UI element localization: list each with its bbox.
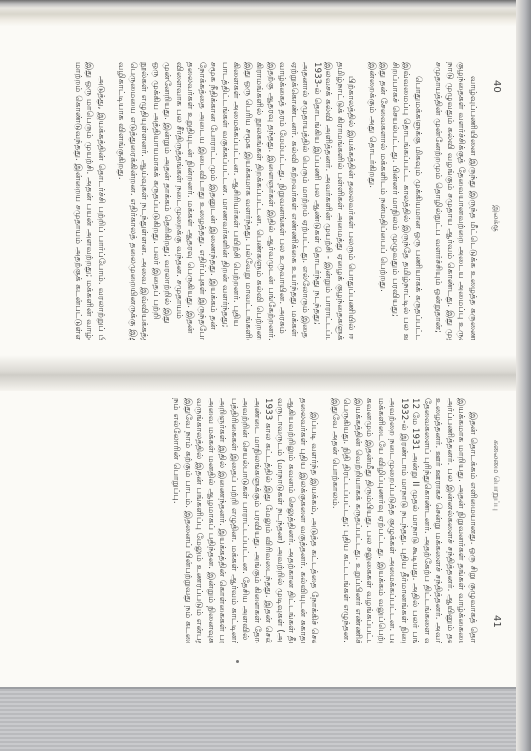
text-line: பாடத்திட்டங்கள் வகுக்கப்பட்டன. மாணவர்களி… [219, 62, 231, 340]
text-line: கவனமும் இதன்மீது திரும்பியது. பல சலுகைகள… [363, 398, 375, 643]
text-line: நாடு முழுவதும் கல்வி வழங்கும் சமுதாய ஆர்… [444, 62, 456, 340]
text-line: அர்ப்பணித்தனர். பல இன்னல்களைச் சந்தித்தன… [444, 398, 456, 643]
text-line: இயக்கத்தின் வெற்றியாகக் கருதப்பட்டது. உற… [352, 398, 364, 643]
text-line: தலைவர்கள் புதிய இலக்குகளை வகுத்தனர். கல்… [297, 398, 309, 643]
running-head-bottom: கலைமை பொறுப்பு [491, 440, 501, 511]
text-line: அவற்றை நடைமுறைப்படுத்த குழுக்கள் அமைக்கப… [386, 398, 398, 643]
text-line: ஆகியவற்றிலும் கவனம் செலுத்தினர். அதற்கான… [285, 398, 297, 643]
running-head-top: இலக்கு [491, 205, 501, 232]
text-line: 1933-ல் தொடங்கிய இப்பணி பல ஆண்டுகள் தொடர… [311, 62, 323, 340]
text-line: அவை மக்கள் மனதில் ஆழமாகப் பதிந்தன. இன்று… [205, 398, 217, 643]
text-line: வருங்காலத்தில் இதன் பங்களிப்பு மேலும் உண… [193, 398, 205, 643]
text-line: வழிகாட்டியாக விளங்குகிறது. [115, 62, 127, 340]
text-line: வாழ்வுப்பணியினை இருந்து இருந்த மீட்டெடுக… [467, 62, 479, 340]
scanner-top-edge [0, 0, 531, 26]
text-line: அவற்றின் செயல்பாடுகள் பாராட்டப்பட்டன. தே… [239, 398, 251, 643]
paragraph: இதன் தொடக்கம் எளிமையானது. ஒரு சிறு குழுவ… [329, 398, 479, 643]
text-line: நூல்கள் எழுதியுள்ளனர். ஆய்வுகள் நடந்துள்… [138, 62, 150, 340]
scan-speck [236, 660, 239, 663]
text-line: பெருகியது. நிதி திரட்டப்பட்டது; புதிய கட… [340, 398, 352, 643]
text-line: விளைவாக பல சீர்திருத்தங்கள் நடைமுறைக்கு … [173, 62, 185, 340]
text-line: இது தன் சேவைகளால் மக்களிடம் நன்மதிப்பைப்… [377, 62, 389, 340]
text-line: இலவசக் கல்வி அளித்தனர். அவர்களின் முயற்ச… [322, 62, 334, 340]
text-line: அண்டை மாநிலங்களுக்கும் பரவியது. அங்கும் … [251, 398, 263, 643]
text-line: மக்களிடையே விழிப்புணர்வு ஏற்பட்டது. இயக்… [375, 398, 387, 643]
text-line: இதன் தொடக்கம் எளிமையானது. ஒரு சிறு குழுவ… [467, 398, 479, 643]
book-spine-gutter [0, 355, 516, 391]
text-line: உழைத்தனர். ஊர் ஊராகச் சென்று மக்களைச் சந… [432, 398, 444, 643]
text-line: தலைவர்கள் உறுதியுடன் நின்றனர். மக்கள் ஆத… [184, 62, 196, 340]
scanner-bottom-page-stack [0, 687, 531, 751]
text-line: இதுவே அதன் பொற்காலம். [329, 398, 341, 643]
text-line: பத்திரிகைகள் இதைப் பற்றி எழுதின. மக்கள் … [228, 398, 240, 643]
paragraph: இப்படி வளர்ந்த இயக்கம், அடுத்த கட்டத்தை … [170, 398, 320, 643]
text-line: சமூக நீதிக்கான போராட்டமும் இதனுடன் இணைந்… [207, 62, 219, 340]
paragraph: அடுத்து, இயக்கத்தின் தொடர்ச்சி பற்றிப் ப… [72, 62, 107, 340]
text-line: கிளைகள் அமைக்கப்பட்டன. ஆசிரியர்கள் பயிற்… [230, 62, 242, 340]
text-line: வாழ்க்கைத் தரம் மேம்பட்டது. நிறுவனங்கள் … [276, 62, 288, 340]
text-line: சமுதாயத்தின் முன்னேற்றமும் தொழில்நுட்ப வ… [432, 62, 444, 340]
paragraph: வாழ்வுப்பணியினை இருந்து இருந்த மீட்டெடுக… [432, 62, 478, 340]
page-40-body-text: வாழ்வுப்பணியினை இருந்து இருந்த மீட்டெடுக… [18, 62, 478, 340]
text-line: இயக்கமாக மாறியது. அதன் நிறுவனர்கள் தங்கள… [455, 398, 467, 643]
paragraph: பிற்காலத்தில் இயக்கத்தின் தலைவர்கள் பலரு… [115, 62, 357, 340]
text-line: இதற்கு ஆதரவு தந்தது. இளைஞர்கள் இதில் ஆர்… [265, 62, 277, 340]
text-line: பெருமையை எடுத்துரைக்கின்றன. எதிர்காலத் த… [127, 62, 139, 340]
text-line: கிராமங்களில் நூலகங்கள் திறக்கப்பட்டன. பெ… [253, 62, 265, 340]
text-line: தமிழ்நாட்டுக் கிராமங்களில் பள்ளிகள் அமைத… [334, 62, 346, 340]
text-line: நம் எல்லோரின் பொறுப்பு. [170, 398, 182, 643]
page-number-top: 40 [491, 80, 502, 93]
text-line: அறிஞர்கள் இதில் இணைந்தனர். இயக்கத்தின் க… [216, 398, 228, 643]
page-number-bottom: 41 [491, 615, 502, 628]
text-line: பொதுமக்களுக்கு மிகவும் முக்கியமான ஒரு பண… [412, 62, 424, 340]
text-line: இவ்வமைப்பு தொடங்கப்பட்ட காலத்தில் இருந்த… [400, 62, 412, 340]
text-line: நோக்கத்தை அடைய இடைவிடாது உழைத்தது. எதிர்… [196, 62, 208, 340]
text-line: குழந்தைகள் வளர்ச்சிக்குத் தேவையானவற்றை அ… [455, 62, 467, 340]
text-line: இது ஒரு பெரிய சமூக இயக்கமாக வளர்ந்தது. ப… [242, 62, 254, 340]
text-line: இப்படி வளர்ந்த இயக்கம், அடுத்த கட்டத்தை … [308, 398, 320, 643]
text-line: அதனால் சமுதாயத்தில் பெரும் மாற்றம் ஏற்பட… [299, 62, 311, 340]
text-line: பிற்காலத்தில் இயக்கத்தின் தலைவர்கள் பலரு… [345, 62, 357, 340]
text-line: முன்னேறியது. இன்றும் அதன் தாக்கம் தெரிகி… [161, 62, 173, 340]
text-line: அடுத்து, இயக்கத்தின் தொடர்ச்சி பற்றிப் ப… [95, 62, 107, 340]
text-line: 1933 கால கட்டத்தில் இது மேலும் விரிவடைந்… [262, 398, 274, 643]
text-line: இது ஒரு மாபெரும் முயற்சி. அதன் பயன் அளவற… [83, 62, 95, 340]
text-line: மாற்றம் கொண்டுவந்தது. இன்றைய சமுதாயம் அத… [72, 62, 84, 340]
paragraph: பொதுமக்களுக்கு மிகவும் முக்கியமான ஒரு பண… [366, 62, 424, 340]
text-line: இதுவே நாம் கற்கும் பாடம். இதனைப் பின்பற்… [182, 398, 194, 643]
scanner-right-edge [516, 0, 531, 751]
text-line: தேவைகளைப் புரிந்துகொண்டனர். அதற்கேற்ப தி… [421, 398, 433, 643]
page-41-body-text: இதன் தொடக்கம் எளிமையானது. ஒரு சிறு குழுவ… [18, 398, 478, 643]
text-line: இன்றைக்கும் அது தொடர்கிறது. [366, 62, 378, 340]
text-line: 12 மே 1931 அன்று II முதல் மாநாடு கூடியது… [409, 398, 421, 643]
text-line: வருடாவருடம் (மாநாடுகள் நடந்தன) அவற்றில் … [274, 398, 286, 643]
text-line: ஏற்றுக்கொண்டனர். கல்வி கற்றவர்கள் எண்ணிக… [288, 62, 300, 340]
text-line: ஒரு முக்கிய அத்தியாயமாகக் கருதப்படுகிறது… [150, 62, 162, 340]
text-line: சிறப்பாகச் செயல்பட்டது. பின்னர் மாநிலம் … [389, 62, 401, 340]
text-line: 1932-ல் இரண்டாம் மாநாடு நடந்தது. புதிய த… [398, 398, 410, 643]
